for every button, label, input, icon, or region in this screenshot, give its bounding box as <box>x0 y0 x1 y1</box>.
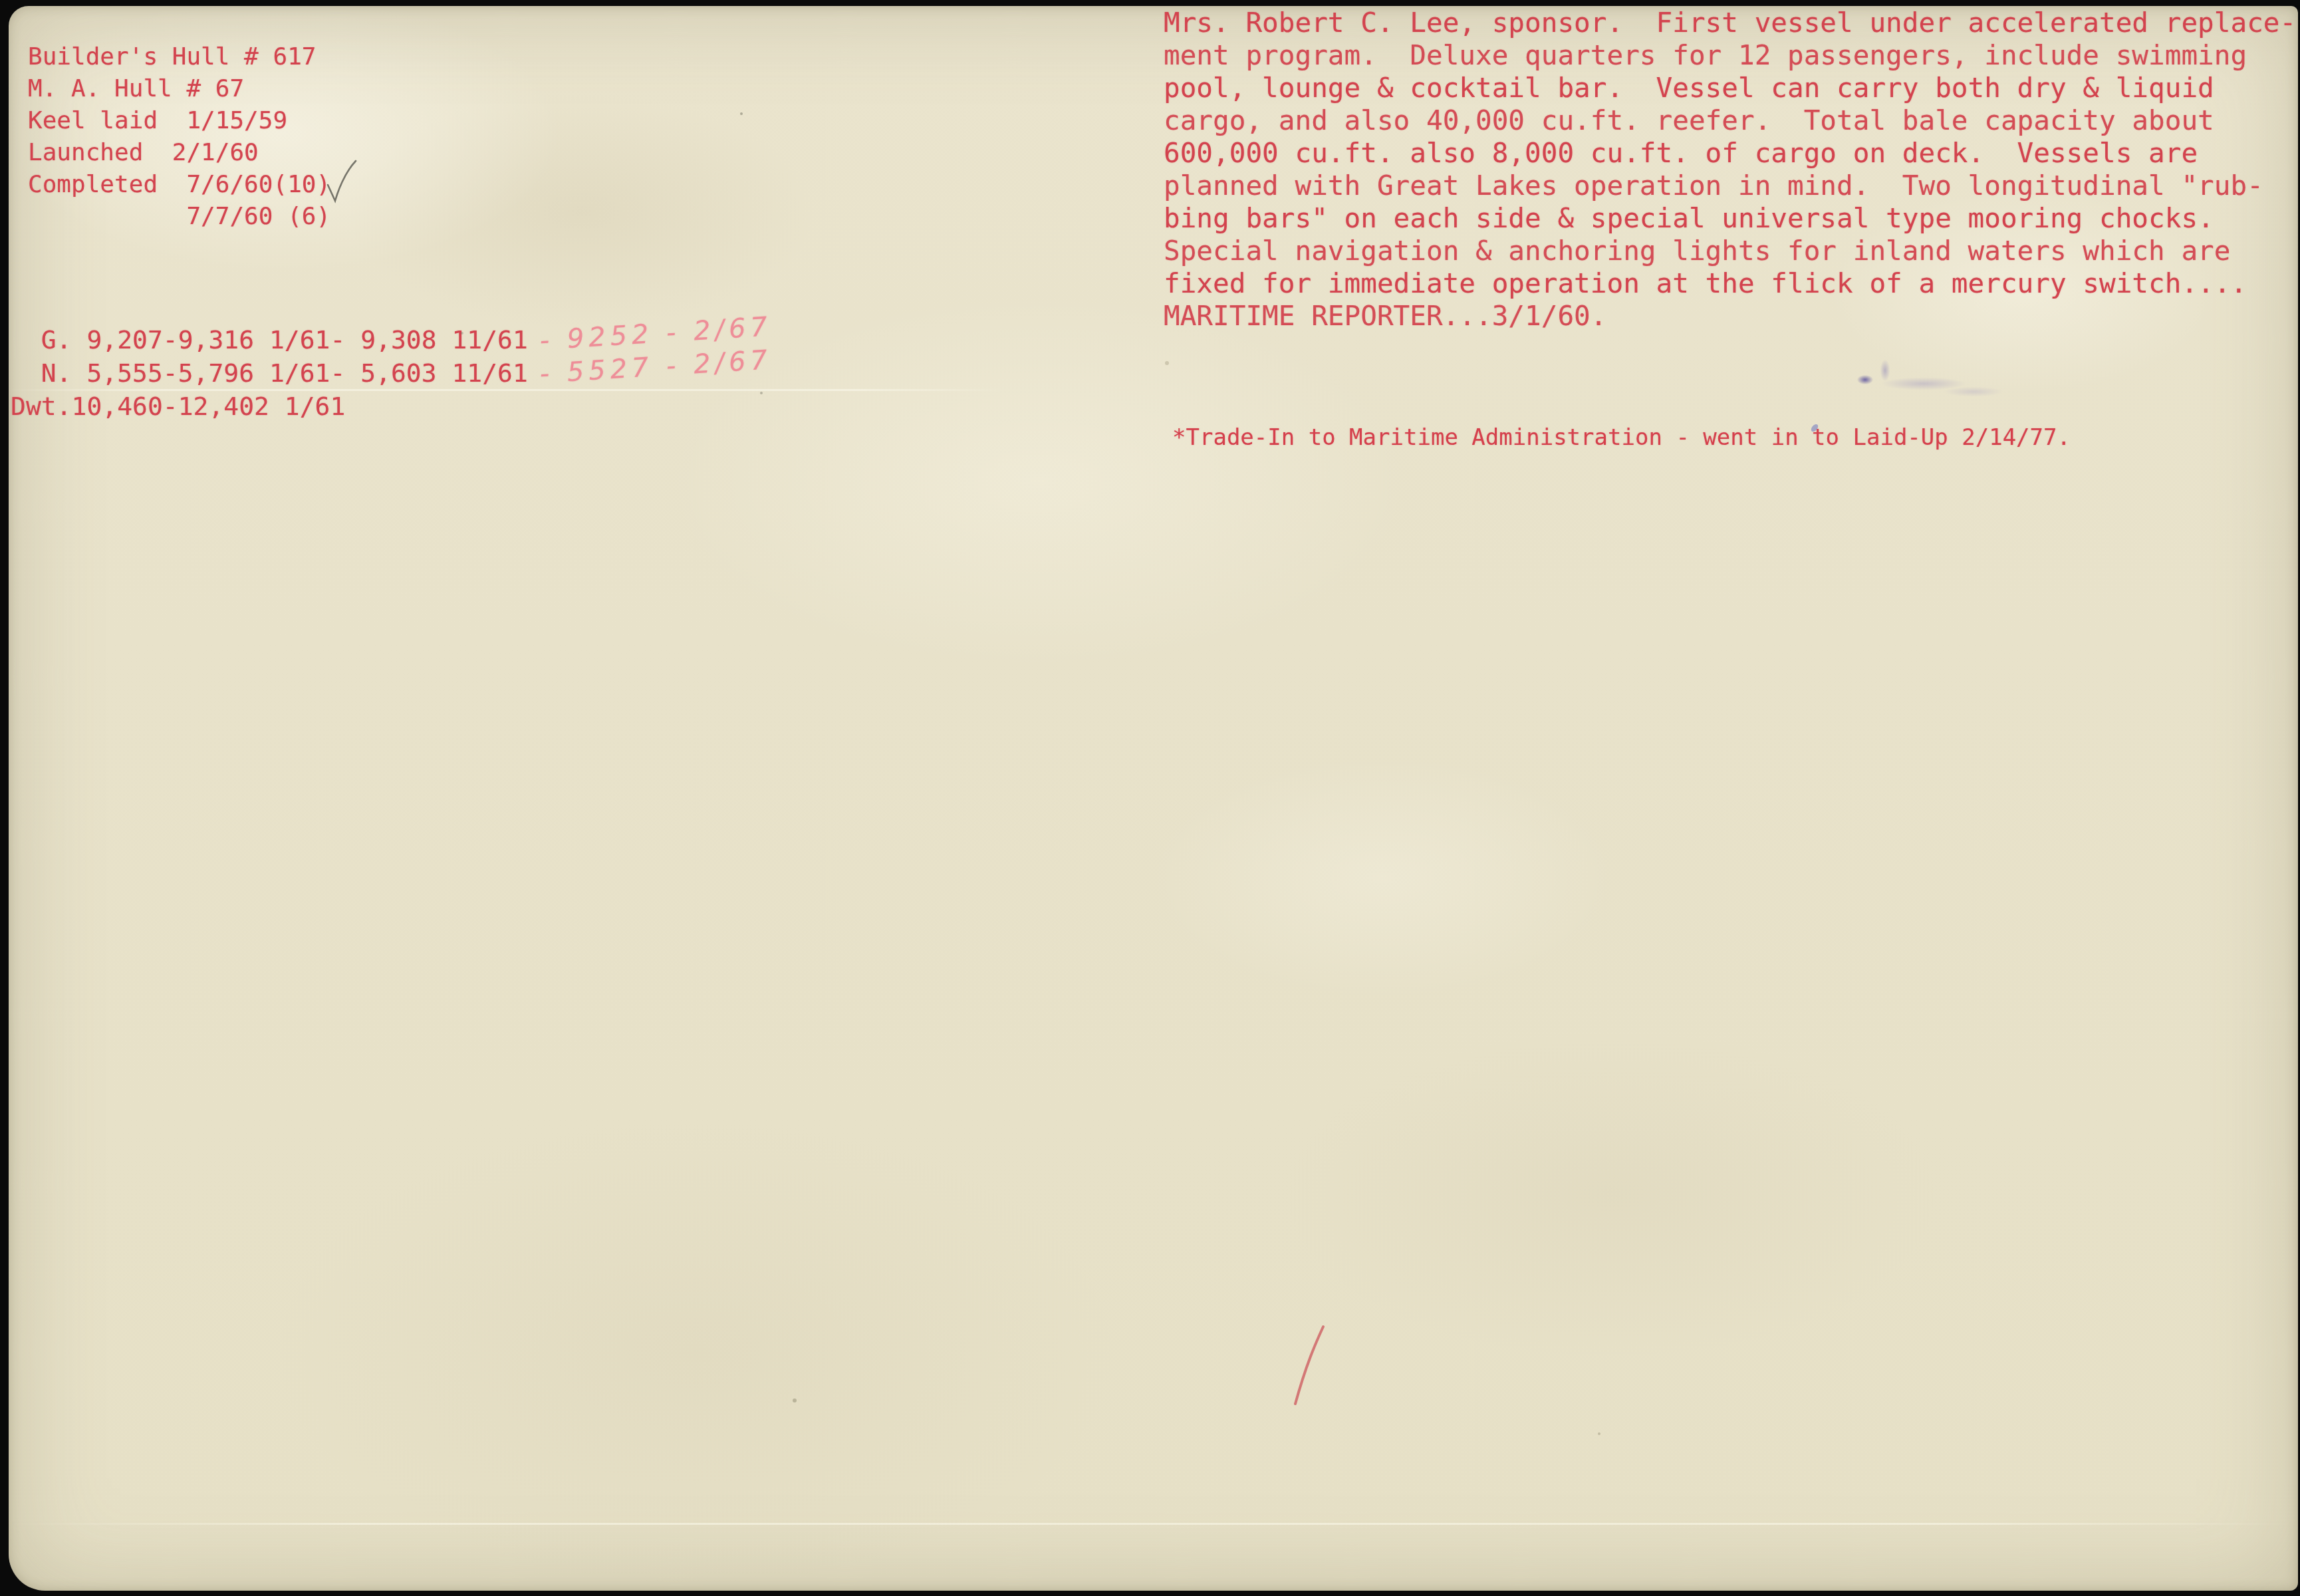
launched-line: Launched 2/1/60 <box>28 137 330 169</box>
paragraph-line: bing bars" on each side & special univer… <box>1164 202 2296 235</box>
index-card: Builder's Hull # 617 M. A. Hull # 67 Kee… <box>9 6 2298 1591</box>
source-citation-line: MARITIME REPORTER...3/1/60. <box>1164 300 2296 332</box>
net-tonnage-typed: N. 5,555-5,796 1/61- 5,603 11/61 <box>11 356 528 390</box>
tonnage-block: G. 9,207-9,316 1/61- 9,308 11/61- 9252 -… <box>11 323 773 423</box>
build-record-block: Builder's Hull # 617 M. A. Hull # 67 Kee… <box>28 41 330 233</box>
gross-tonnage-typed: G. 9,207-9,316 1/61- 9,308 11/61 <box>11 323 528 356</box>
purple-ink-smudge <box>1844 352 2010 405</box>
scan-background: Builder's Hull # 617 M. A. Hull # 67 Kee… <box>0 0 2300 1596</box>
paragraph-line: cargo, and also 40,000 cu.ft. reefer. To… <box>1164 104 2296 137</box>
paragraph-line: planned with Great Lakes operation in mi… <box>1164 170 2296 202</box>
disposition-note: *Trade-In to Maritime Administration - w… <box>1172 424 2071 451</box>
press-paragraph-block: Mrs. Robert C. Lee, sponsor. First vesse… <box>1164 7 2296 332</box>
deadweight-line: Dwt.10,460-12,402 1/61 <box>11 390 773 423</box>
ma-hull-line: M. A. Hull # 67 <box>28 73 330 105</box>
deadweight-typed: Dwt.10,460-12,402 1/61 <box>11 390 345 423</box>
paper-crease <box>9 389 1006 391</box>
dust-specks <box>740 112 743 115</box>
paragraph-line: ment program. Deluxe quarters for 12 pas… <box>1164 39 2296 72</box>
paragraph-line: pool, lounge & cocktail bar. Vessel can … <box>1164 72 2296 104</box>
completed-second-date-line: 7/7/60 (6) <box>28 201 330 233</box>
net-tonnage-line: N. 5,555-5,796 1/61- 5,603 11/61- 5527 -… <box>11 356 773 390</box>
pencil-checkmark-icon <box>324 158 359 206</box>
paragraph-line: 600,000 cu.ft. also 8,000 cu.ft. of carg… <box>1164 137 2296 170</box>
paper-crease <box>9 1523 2296 1525</box>
paragraph-line: Special navigation & anchoring lights fo… <box>1164 235 2296 267</box>
paragraph-line: Mrs. Robert C. Lee, sponsor. First vesse… <box>1164 7 2296 39</box>
builders-hull-line: Builder's Hull # 617 <box>28 41 330 73</box>
red-pen-slash-mark <box>1282 1324 1329 1407</box>
paragraph-line: fixed for immediate operation at the fli… <box>1164 267 2296 300</box>
keel-laid-line: Keel laid 1/15/59 <box>28 105 330 137</box>
completed-line: Completed 7/6/60(10) <box>28 169 330 201</box>
